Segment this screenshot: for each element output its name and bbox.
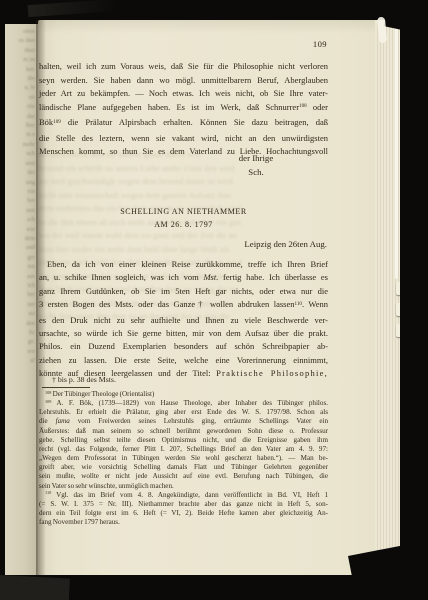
signature-closing: der Ihrige <box>186 152 326 166</box>
text-line: 108 Der Tübinger Theologe (Orientalist) <box>39 390 328 399</box>
footnote-marker: 108 <box>299 103 307 109</box>
text-line: Eben, da ich von einer kleinen Reise zur… <box>39 258 328 271</box>
text-line: Lehrstuhls. Er erhielt die Prälatur, gin… <box>39 408 328 417</box>
ghost-line: ein <box>5 188 35 197</box>
book-page: un sden miche den shr meiner glaub durch… <box>38 20 400 576</box>
page-fore-edge <box>375 20 400 576</box>
ghost-line: ge. <box>5 338 35 347</box>
ghost-line: ger <box>5 254 35 263</box>
ghost-line: lic <box>5 329 35 338</box>
ghost-line: ner <box>5 301 35 310</box>
page-number: 109 <box>313 39 327 49</box>
ghost-line: lber <box>5 122 35 131</box>
text-line: Äußerstes: daß man seinem so schnell ber… <box>39 427 328 436</box>
ghost-line: eit <box>5 94 35 103</box>
ghost-line: uch <box>5 150 35 159</box>
letter-paragraph-1: halten, weil ich zum Voraus weis, daß Si… <box>39 60 328 159</box>
facing-page-ghost-text: ollenzu ihmüberm zuber.dien, leeitründas… <box>5 28 35 367</box>
ghost-line: zu ihm <box>5 37 35 46</box>
ghost-line: dem <box>5 235 35 244</box>
ghost-line: wie <box>5 226 35 235</box>
ghost-line: in e <box>5 131 35 140</box>
text-line: 109 A. F. Bök, (1739—1829) von Hause The… <box>39 399 328 408</box>
footnote-marker: 109 <box>53 119 61 125</box>
dateline: Leipzig den 26ten Aug. <box>244 239 327 249</box>
ghost-line: nen <box>5 207 35 216</box>
italic-text: fama <box>56 417 70 425</box>
text-line: (= S. W. I. 375 = Nr. III). Niethammer b… <box>39 500 328 509</box>
ghost-line: ollen <box>5 28 35 37</box>
text-line: sein mußte, wollte er nicht jede Aussich… <box>39 472 328 481</box>
letter-paragraph-2: Eben, da ich von einer kleinen Reise zur… <box>39 258 328 381</box>
ghost-line: ung <box>5 179 35 188</box>
signature-initial: Sch. <box>186 166 326 180</box>
text-line: dern ein Teil folgte erst im 6. Heft (= … <box>39 509 328 518</box>
signature-block: der Ihrige Sch. <box>186 152 326 179</box>
scan-background-top <box>0 0 428 20</box>
text-line: greift aber, wie vorsichtig Schelling da… <box>39 463 328 472</box>
ghost-line: sten <box>5 160 35 169</box>
ghost-line: n, le <box>5 84 35 93</box>
text-line: sein Vater so sehr wünschte, unmöglich m… <box>39 482 328 491</box>
scan-background-right <box>400 0 428 600</box>
footnote-110: 110 Vgl. das im Brief vom 4. 8. Angekünd… <box>39 491 328 528</box>
ghost-line: das <box>5 113 35 122</box>
ghost-line: m zu <box>5 56 35 65</box>
italic-text: Mst. <box>203 272 218 282</box>
ghost-line: ern <box>5 348 35 357</box>
text-line: ziehen zu lassen. Die erste Seite, welch… <box>39 354 328 367</box>
ghost-line: mehr <box>5 141 35 150</box>
ghost-line: uf <box>5 357 35 366</box>
ghost-line: über <box>5 47 35 56</box>
text-line: 3 ersten Bogen des Msts. oder das Ganze†… <box>39 298 328 313</box>
ghost-line: ber. <box>5 66 35 75</box>
letter-heading-date: AM 26. 8. 1797 <box>39 219 328 232</box>
text-line: ganz Ihrem Gutdünken, ob Sie im 5ten Hef… <box>39 285 328 298</box>
ghost-line: nicht eine wissenschaft wegen dem ganzen… <box>39 189 328 203</box>
letter-heading: SCHELLING AN NIETHAMMER AM 26. 8. 1797 <box>39 206 328 231</box>
text-line: es den Druk nicht zu sehr aufhielte und … <box>39 314 328 327</box>
ghost-line: und <box>5 244 35 253</box>
text-line: ländische Plane aufgegeben haben. Es ist… <box>39 101 328 117</box>
dagger-note: † bis p. 38 des Msts. <box>52 375 116 384</box>
text-line: die fama vom Freiwerden seines Lehrstuhl… <box>39 417 328 426</box>
letter-heading-title: SCHELLING AN NIETHAMMER <box>39 206 328 219</box>
footnote-109: 109 A. F. Bök, (1739—1829) von Hause The… <box>39 399 328 491</box>
text-line: halten, weil ich zum Voraus weis, daß Si… <box>39 60 328 74</box>
text-line: fang November 1797 heraus. <box>39 518 328 527</box>
ghost-line: sta <box>5 310 35 319</box>
ghost-line: ich <box>5 282 35 291</box>
text-line: an, u. schike Ihnen sogleich, was ich vo… <box>39 271 328 284</box>
text-line: seyn werden. Sie haben dann wo mögl. unm… <box>39 74 328 88</box>
text-line: ursachte, so würde ich Sie gerne bitten,… <box>39 327 328 340</box>
text-line: Bök109 die Prälatur Alpirsbach erhalten.… <box>39 116 328 132</box>
text-line: gebe. Schelling selbst teilte diesen Opt… <box>39 436 328 445</box>
text-line: 110 Vgl. das im Brief vom 4. 8. Angekünd… <box>39 491 328 500</box>
ghost-line: den <box>5 320 35 329</box>
footnote-108: 108 Der Tübinger Theologe (Orientalist) <box>39 390 328 399</box>
book-scan: ollenzu ihmüberm zuber.dien, leeitründas… <box>0 0 428 600</box>
ghost-line: der <box>5 169 35 178</box>
text-line: die Stelle des leztern, wenn sie vakant … <box>39 132 328 146</box>
text-line: Philos. ein Duzend Exemplarien besonders… <box>39 340 328 353</box>
ghost-line: die <box>5 75 35 84</box>
ghost-line: sch <box>5 216 35 225</box>
text-line: recht (vgl. das Folgende, ferner Plitt I… <box>39 445 328 454</box>
footnote-marker: 110 <box>294 301 301 307</box>
footnote-rule <box>42 387 90 388</box>
ghost-line: hre <box>5 197 35 206</box>
ghost-line: ber <box>5 291 35 300</box>
ghost-line: rün <box>5 103 35 112</box>
ghost-line: aus <box>5 273 35 282</box>
gutter-shadow <box>36 20 46 576</box>
text-line: jeder Art zu bekämpfen. — Noch etwas. Ic… <box>39 87 328 101</box>
text-line: „Wegen dem Professorat in Tübingen werde… <box>39 454 328 463</box>
footnotes-block: 108 Der Tübinger Theologe (Orientalist) … <box>39 390 328 527</box>
spaced-text: Praktische Philosophie, <box>216 368 328 378</box>
ghost-line: ten <box>5 263 35 272</box>
facing-page-edge: ollenzu ihmüberm zuber.dien, leeitründas… <box>5 24 38 576</box>
